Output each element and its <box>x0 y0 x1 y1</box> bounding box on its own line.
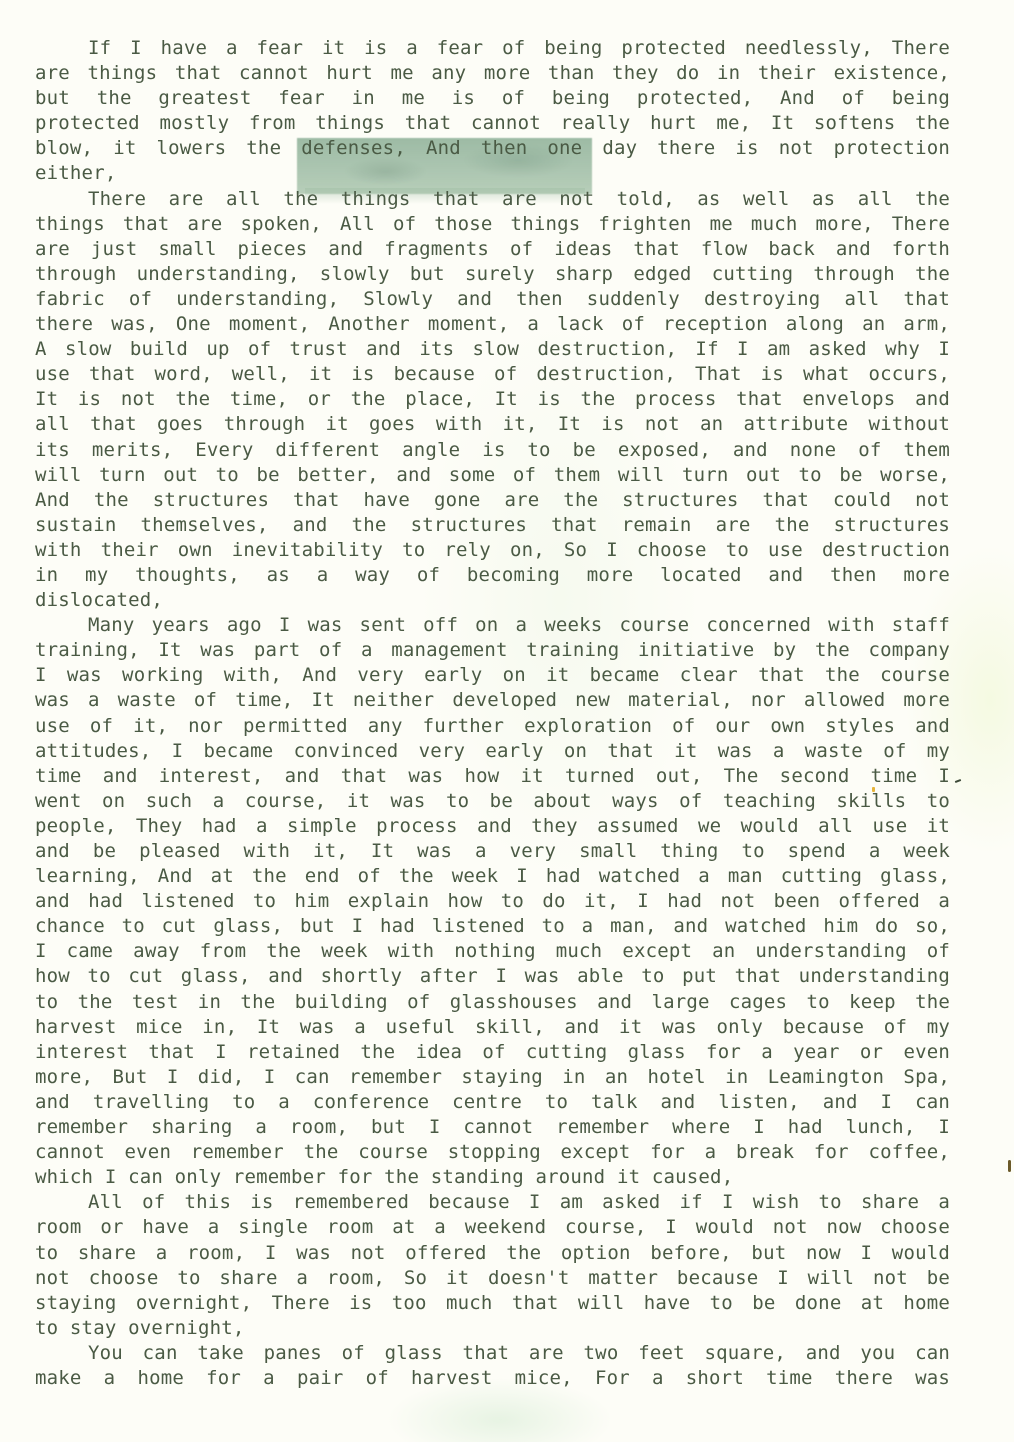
text-line: Many years ago I was sent off on a weeks… <box>35 613 950 638</box>
text-line: There are all the things that are not to… <box>35 187 950 212</box>
paragraph: You can take panes of glass that are two… <box>35 1341 950 1391</box>
paragraph: If I have a fear it is a fear of being p… <box>35 36 950 187</box>
text-line: and travelling to a conference centre to… <box>35 1090 950 1115</box>
text-line: remember sharing a room, but I cannot re… <box>35 1115 950 1140</box>
text-line: harvest mice in, It was a useful skill, … <box>35 1015 950 1040</box>
text-line: blow, it lowers the defenses, And then o… <box>35 136 950 161</box>
paragraph: All of this is remembered because I am a… <box>35 1190 950 1341</box>
text-line: learning, And at the end of the week I h… <box>35 864 950 889</box>
text-line: protected mostly from things that cannot… <box>35 111 950 136</box>
text-line: fabric of understanding, Slowly and then… <box>35 287 950 312</box>
text-line: with their own inevitability to rely on,… <box>35 538 950 563</box>
text-line: It is not the time, or the place, It is … <box>35 387 950 412</box>
text-line: more, But I did, I can remember staying … <box>35 1065 950 1090</box>
text-line: I came away from the week with nothing m… <box>35 939 950 964</box>
text-line: dislocated, <box>35 588 950 613</box>
text-line: not choose to share a room, So it doesn'… <box>35 1266 950 1291</box>
paragraph: There are all the things that are not to… <box>35 187 950 614</box>
text-line: All of this is remembered because I am a… <box>35 1190 950 1215</box>
text-line: was a waste of time, It neither develope… <box>35 688 950 713</box>
text-line: sustain themselves, and the structures t… <box>35 513 950 538</box>
text-line: chance to cut glass, but I had listened … <box>35 914 950 939</box>
text-line: If I have a fear it is a fear of being p… <box>35 36 950 61</box>
margin-mark <box>1008 1160 1011 1172</box>
text-line: use that word, well, it is because of de… <box>35 362 950 387</box>
text-line: make a home for a pair of harvest mice, … <box>35 1366 950 1391</box>
text-line: its merits, Every different angle is to … <box>35 438 950 463</box>
text-line: to share a room, I was not offered the o… <box>35 1241 950 1266</box>
text-line: in my thoughts, as a way of becoming mor… <box>35 563 950 588</box>
text-line: staying overnight, There is too much tha… <box>35 1291 950 1316</box>
text-line: will turn out to be better, and some of … <box>35 463 950 488</box>
text-line: use of it, nor permitted any further exp… <box>35 714 950 739</box>
text-line: A slow build up of trust and its slow de… <box>35 337 950 362</box>
text-line: how to cut glass, and shortly after I wa… <box>35 964 950 989</box>
text-line: either, <box>35 161 950 186</box>
text-line: cannot even remember the course stopping… <box>35 1140 950 1165</box>
text-line: there was, One moment, Another moment, a… <box>35 312 950 337</box>
text-line: And the structures that have gone are th… <box>35 488 950 513</box>
text-line: but the greatest fear in me is of being … <box>35 86 950 111</box>
text-line: time and interest, and that was how it t… <box>35 764 950 789</box>
text-line: and had listened to him explain how to d… <box>35 889 950 914</box>
text-line: attitudes, I became convinced very early… <box>35 739 950 764</box>
text-line: things that are spoken, All of those thi… <box>35 212 950 237</box>
text-line: to the test in the building of glasshous… <box>35 990 950 1015</box>
text-line: are things that cannot hurt me any more … <box>35 61 950 86</box>
text-line: went on such a course, it was to be abou… <box>35 789 950 814</box>
text-line: all that goes through it goes with it, I… <box>35 412 950 437</box>
text-line: room or have a single room at a weekend … <box>35 1215 950 1240</box>
text-line: people, They had a simple process and th… <box>35 814 950 839</box>
text-line: I was working with, And very early on it… <box>35 663 950 688</box>
text-line: interest that I retained the idea of cut… <box>35 1040 950 1065</box>
text-line: to stay overnight, <box>35 1316 950 1341</box>
ink-speck <box>872 787 875 792</box>
text-line: You can take panes of glass that are two… <box>35 1341 950 1366</box>
text-line: training, It was part of a management tr… <box>35 638 950 663</box>
text-line: and be pleased with it, It was a very sm… <box>35 839 950 864</box>
text-line: are just small pieces and fragments of i… <box>35 237 950 262</box>
paragraph: Many years ago I was sent off on a weeks… <box>35 613 950 1190</box>
document-body: If I have a fear it is a fear of being p… <box>35 36 950 1391</box>
text-line: through understanding, slowly but surely… <box>35 262 950 287</box>
text-line: which I can only remember for the standi… <box>35 1165 950 1190</box>
